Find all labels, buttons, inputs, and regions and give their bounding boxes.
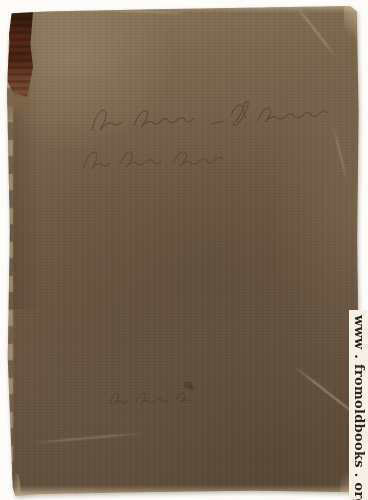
smudge-mark (183, 382, 195, 391)
pencil-inscriptions (6, 4, 360, 496)
fromoldbooks-watermark-strip: www . fromoldbooks . org (349, 310, 368, 500)
fromoldbooks-watermark-text: www . fromoldbooks . org (351, 315, 366, 500)
book-wrapper (0, 0, 368, 500)
book-cover-photo: www . fromoldbooks . org (0, 0, 368, 500)
handwritten-title-line1 (92, 101, 327, 130)
handwritten-note-bottom (110, 393, 188, 404)
handwritten-title-line2 (84, 152, 223, 169)
book-front-cover (6, 4, 360, 496)
